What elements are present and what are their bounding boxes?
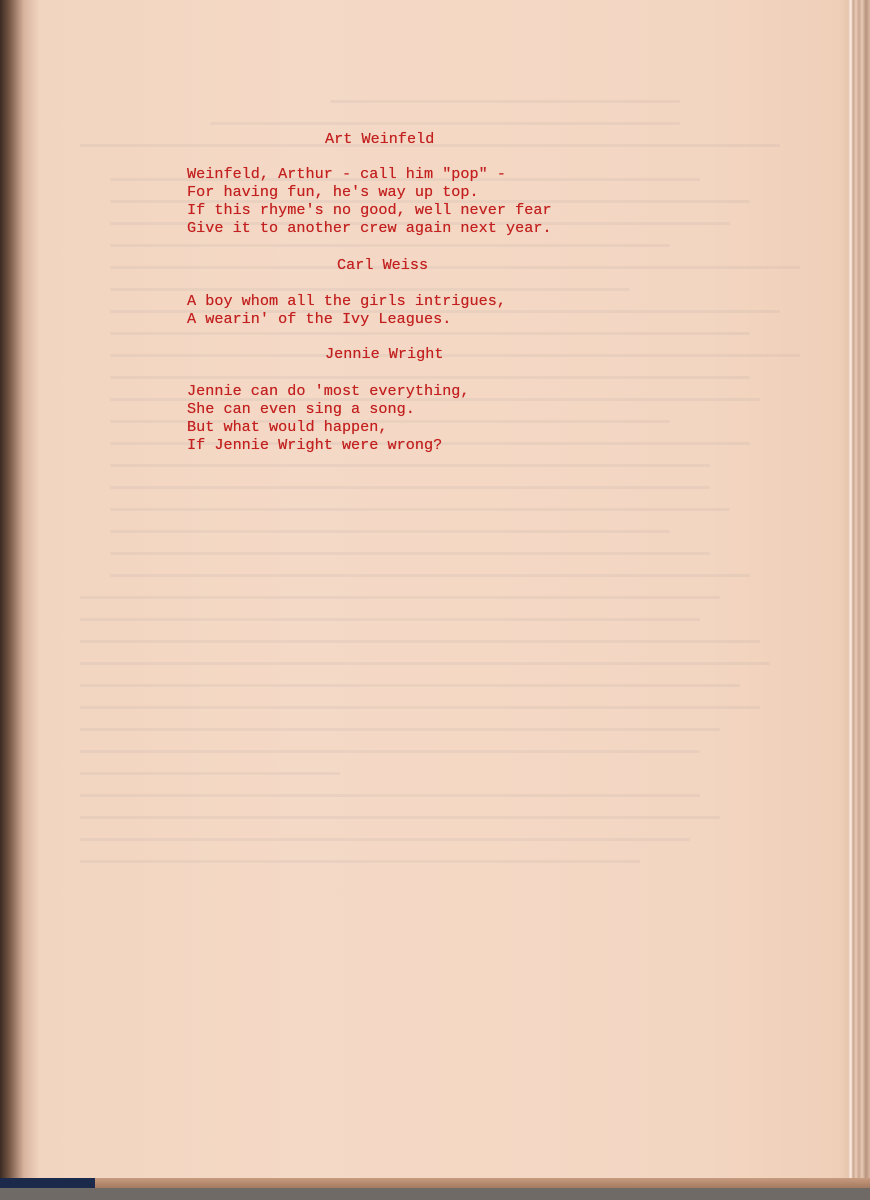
- show-through-line: [110, 266, 800, 269]
- verse-line: But what would happen,: [187, 419, 388, 436]
- show-through-line: [330, 100, 680, 103]
- show-through-line: [110, 288, 630, 291]
- show-through-line: [80, 684, 740, 687]
- verse-line: Jennie can do 'most everything,: [187, 383, 470, 400]
- show-through-line: [110, 530, 670, 533]
- show-through-line: [80, 596, 720, 599]
- verse-line: She can even sing a song.: [187, 401, 415, 418]
- show-through-line: [210, 122, 680, 125]
- page-stack-edge: [848, 0, 870, 1178]
- verse-line: A boy whom all the girls intrigues,: [187, 293, 506, 310]
- show-through-line: [80, 706, 760, 709]
- verse-line: For having fun, he's way up top.: [187, 184, 479, 201]
- show-through-line: [80, 860, 640, 863]
- show-through-line: [80, 618, 700, 621]
- verse-line: If this rhyme's no good, well never fear: [187, 202, 552, 219]
- show-through-line: [110, 464, 710, 467]
- show-through-line: [110, 354, 800, 357]
- document-page: Art Weinfeld Weinfeld, Arthur - call him…: [0, 0, 848, 1178]
- heading-jennie-wright: Jennie Wright: [325, 346, 443, 363]
- show-through-line: [80, 772, 340, 775]
- verse-line: A wearin' of the Ivy Leagues.: [187, 311, 451, 328]
- show-through-line: [80, 728, 720, 731]
- show-through-line: [110, 244, 670, 247]
- show-through-line: [110, 552, 710, 555]
- show-through-line: [80, 816, 720, 819]
- show-through-line: [80, 662, 770, 665]
- book-bottom-edge: [0, 1178, 870, 1188]
- verse-line: Weinfeld, Arthur - call him "pop" -: [187, 166, 506, 183]
- show-through-line: [110, 486, 710, 489]
- show-through-line: [110, 332, 750, 335]
- verse-line: If Jennie Wright were wrong?: [187, 437, 442, 454]
- show-through-line: [80, 640, 760, 643]
- heading-art-weinfeld: Art Weinfeld: [325, 131, 434, 148]
- show-through-line: [80, 750, 700, 753]
- book-cover-corner: [0, 1178, 95, 1188]
- heading-carl-weiss: Carl Weiss: [337, 257, 428, 274]
- show-through-line: [80, 838, 690, 841]
- show-through-line: [80, 794, 700, 797]
- show-through-line: [110, 574, 750, 577]
- show-through-line: [110, 376, 750, 379]
- background-surface: [0, 1188, 870, 1200]
- verse-line: Give it to another crew again next year.: [187, 220, 552, 237]
- show-through-line: [110, 508, 730, 511]
